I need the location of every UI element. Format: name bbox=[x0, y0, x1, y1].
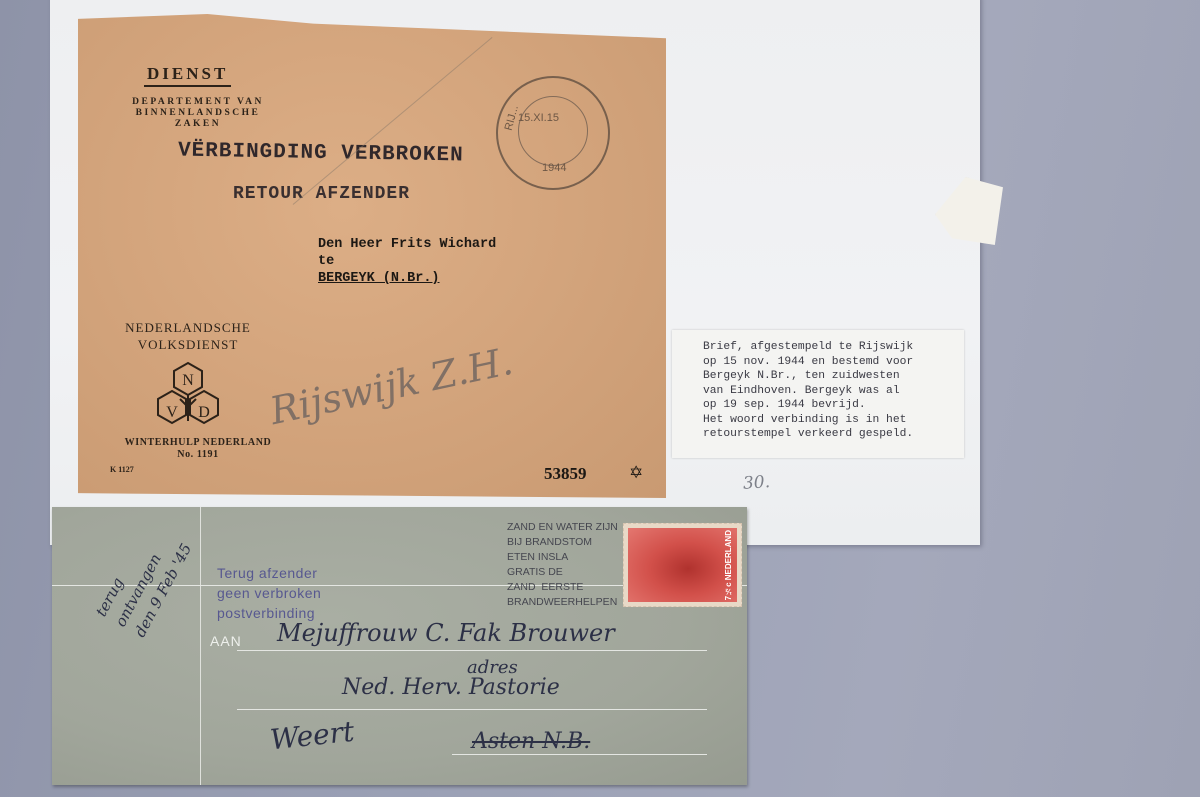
handstamp-line-2: RETOUR AFZENDER bbox=[233, 184, 410, 204]
organisation-name: NEDERLANDSCHE VOLKSDIENST bbox=[113, 319, 263, 353]
winterhulp-text: WINTERHULP NEDERLAND No. 1191 bbox=[108, 437, 288, 461]
addressee: Mejuffrouw C. Fak Brouwer bbox=[277, 619, 615, 647]
address-line-3: Ned. Herv. Pastorie bbox=[342, 675, 560, 700]
handwritten-side-note: terug ontvangen den 9 Feb '45 bbox=[90, 519, 197, 641]
star-icon: ✡ bbox=[629, 463, 643, 483]
svg-text:D: D bbox=[198, 404, 210, 421]
address-rule bbox=[237, 650, 707, 651]
envelope-rule-vertical bbox=[200, 507, 201, 785]
postmark: RIJ... 15.XI.15 1944 bbox=[496, 76, 610, 190]
postage-stamp: 7½c NEDERLAND bbox=[623, 523, 742, 607]
nvd-logo-icon: N V D bbox=[150, 361, 226, 431]
address-rule bbox=[237, 709, 707, 710]
handstamp-line-1: VËRBINGDING VERBROKEN bbox=[178, 140, 464, 168]
serial-number: 53859 bbox=[544, 464, 587, 484]
department-text: DEPARTEMENT VAN BINNENLANDSCHE ZAKEN bbox=[108, 97, 288, 130]
stamp-hinge bbox=[935, 177, 1003, 245]
note-text: Brief, afgestempeld te Rijswijk op 15 no… bbox=[703, 340, 913, 442]
price-note: 30. bbox=[742, 472, 770, 494]
pencil-stroke bbox=[293, 37, 493, 205]
svg-text:N: N bbox=[182, 372, 194, 389]
grey-envelope: terug ontvangen den 9 Feb '45 Terug afze… bbox=[52, 507, 747, 785]
return-handstamp: Terug afzender geen verbroken postverbin… bbox=[217, 563, 321, 623]
svg-text:V: V bbox=[166, 404, 178, 421]
brown-envelope: DIENST DEPARTEMENT VAN BINNENLANDSCHE ZA… bbox=[78, 14, 666, 498]
stamp-denomination: 7½c NEDERLAND bbox=[724, 530, 733, 600]
typed-description-note: Brief, afgestempeld te Rijswijk op 15 no… bbox=[672, 330, 964, 458]
pencil-annotation: Rijswijk Z.H. bbox=[266, 339, 516, 433]
forwarding-note: Weert bbox=[269, 715, 356, 757]
envelope-header: DIENST bbox=[144, 64, 231, 87]
struck-city: Asten N.B. bbox=[472, 729, 590, 754]
machine-cancel: ZAND EN WATER ZIJN BIJ BRANDSTOM ETEN IN… bbox=[507, 520, 618, 610]
typed-address: Den Heer Frits Wichard te BERGEYK (N.Br.… bbox=[318, 236, 496, 287]
stamp-image bbox=[628, 528, 737, 602]
address-rule bbox=[452, 754, 707, 755]
form-code: K 1127 bbox=[110, 465, 134, 474]
aan-label: AAN bbox=[210, 633, 242, 649]
